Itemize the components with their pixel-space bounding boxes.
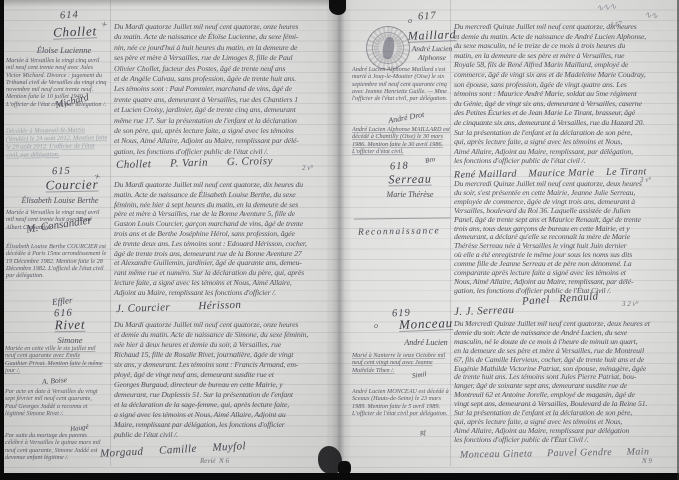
entry-body: Du Mardi quatorze Juillet mil neuf cent …: [114, 22, 332, 157]
end-mark: 2 v°: [302, 164, 313, 172]
entry-surname: Courcier: [28, 176, 116, 194]
margin-note: Mariée en cette ville le six juillet mil…: [5, 345, 103, 374]
act-type-label: Reconnaissance: [358, 226, 440, 237]
register-scan: 614 + Chollet Éloïse Lucienne Mariée à V…: [0, 0, 679, 480]
margin-note: Par acte en date à Versailles du vingt s…: [5, 388, 105, 417]
binding-gutter: [326, 0, 352, 473]
margin-note: Élisabeth Louise Berthe COURCIER est déc…: [6, 243, 108, 279]
end-mark: 3 2 v°: [622, 300, 638, 308]
margin-signature: Effler: [52, 295, 73, 307]
circle-mark: o: [408, 16, 412, 25]
margin-signature: Rf: [419, 430, 426, 438]
end-mark: N 9: [642, 457, 652, 465]
entry-body: Du Mardi quatorze Juillet mil neuf cent …: [114, 180, 332, 298]
scan-edge-left: [0, 0, 4, 480]
margin-note: André Lucien MONCEAU est décédé à Sceaux…: [352, 388, 450, 417]
entry-body: Du Mercredi Quinze Juillet mil neuf cent…: [454, 320, 678, 445]
entry-surname: Rivet: [30, 316, 110, 333]
margin-note: Marié à Nanterre le onze Octobre mil neu…: [352, 352, 448, 374]
entry-given-names: Éloïse Lucienne: [12, 45, 116, 55]
entry-given-names: Marie Thérèse: [366, 190, 454, 199]
binding-mark-top: [329, 0, 346, 15]
entry-number: 618: [390, 161, 409, 173]
entry-body: Du mercredi Quinze Juillet mil neuf cent…: [454, 180, 676, 296]
right-margin-rule: [450, 0, 451, 466]
entry-number: 617: [418, 10, 437, 22]
entry-number: 615: [52, 166, 71, 178]
corner-scribble: ∿∿: [644, 10, 658, 22]
entry-surname: Chollet: [36, 23, 115, 42]
end-mark: Revié N 6: [200, 457, 229, 465]
entry-surname: Serreau: [366, 171, 454, 188]
entry-given-names: Simone: [30, 335, 110, 345]
left-margin-rule: [110, 0, 111, 466]
margin-note: Par suite du mariage des parents célébré…: [5, 432, 105, 461]
entry-given-names: Élisabeth Louise Berthe: [4, 196, 116, 205]
scan-edge-bottom: [0, 473, 679, 480]
margin-note: André Lucien Alphonse Maillard s'est mar…: [352, 66, 450, 102]
margin-note: André Lucien Alphonse MAILLARD est décéd…: [352, 126, 450, 155]
entry-number: 614: [60, 10, 79, 22]
entry-body: Du Mardi quatorze Juillet mil neuf cent …: [114, 320, 332, 440]
corner-scribble: ∿∿∿: [595, 1, 616, 14]
margin-note-pale: Décédée à Mouzeuil-St-Martin (Vendée) le…: [6, 126, 109, 159]
entry-body: Du mercredi Quinze Juillet mil neuf cent…: [454, 22, 676, 166]
